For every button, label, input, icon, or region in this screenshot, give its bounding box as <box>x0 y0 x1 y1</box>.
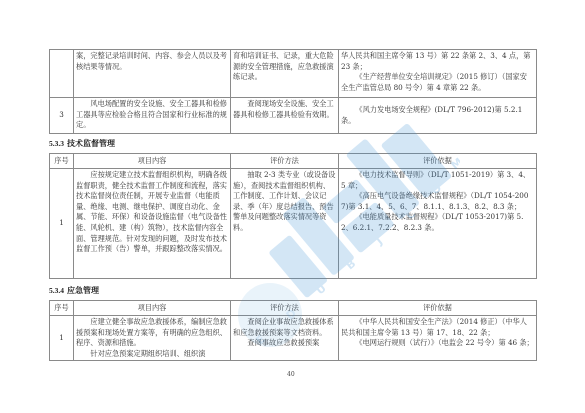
header-content: 项目内容 <box>74 301 231 316</box>
technical-supervision-table: 序号 项目内容 评价方法 评价依据 1 应按规定建立技术监督组织机构，明确各级监… <box>49 153 537 279</box>
row-number: 3 <box>50 98 74 134</box>
row-number <box>50 50 74 98</box>
table-continued: 案，完整记录培训时间、内容、参会人员以及考核结果等情况。 育和培训证书、记录，重… <box>49 49 537 134</box>
evaluation-basis: 《中华人民共和国安全生产法》（2014 修正）（中华人民共和国主席令第 13 号… <box>339 316 537 361</box>
table-row: 案，完整记录培训时间、内容、参会人员以及考核结果等情况。 育和培训证书、记录，重… <box>50 50 537 98</box>
evaluation-basis: 《电力技术监督导则》（DL/T 1051-2019）第 3、4、5 章； 《高压… <box>339 169 537 279</box>
table-row: 1 应按规定建立技术监督组织机构，明确各级监督职责，健全技术监督工作制度和流程，… <box>50 169 537 279</box>
header-number: 序号 <box>50 301 74 316</box>
header-basis: 评价依据 <box>339 301 537 316</box>
row-number: 1 <box>50 316 74 361</box>
item-content: 应按规定建立技术监督组织机构，明确各级监督职责，健全技术监督工作制度和流程，落实… <box>74 169 231 279</box>
evaluation-basis: 《风力发电场安全规程》(DL/T 796-2012)第 5.2.1 条。 <box>339 98 537 134</box>
item-content: 风电场配置的安全设施、安全工器具和检修工器具等应检验合格且符合国家和行业标准的规… <box>74 98 231 134</box>
item-content: 应建立健全事故应急救援体系，编制应急救援预案和现场处置方案等，有明确的应急组织、… <box>74 316 231 361</box>
evaluation-method: 育和培训证书、记录，重大危险源的安全管理措施，应急救援演练记录。 <box>231 50 339 98</box>
item-content: 案，完整记录培训时间、内容、参会人员以及考核结果等情况。 <box>74 50 231 98</box>
svg-text:U: U <box>314 282 329 298</box>
row-number: 1 <box>50 169 74 279</box>
evaluation-method: 抽取 2-3 类专业（或设备设施），查阅技术监督组织机构、工作制度、工作计划、会… <box>231 169 339 279</box>
table-header-row: 序号 项目内容 评价方法 评价依据 <box>50 301 537 316</box>
emergency-management-table: 序号 项目内容 评价方法 评价依据 1 应建立健全事故应急救援体系，编制应急救援… <box>49 300 537 361</box>
table-header-row: 序号 项目内容 评价方法 评价依据 <box>50 154 537 169</box>
evaluation-basis: 华人民共和国主席令第 13 号）第 22 条第 2、3、4 点，第 23 条； … <box>339 50 537 98</box>
table-row: 3 风电场配置的安全设施、安全工器具和检修工器具等应检验合格且符合国家和行业标准… <box>50 98 537 134</box>
page-number: 40 <box>287 371 295 378</box>
evaluation-method: 查阅现场安全设施、安全工器具和检修工器具检验有效期。 <box>231 98 339 134</box>
header-method: 评价方法 <box>231 301 339 316</box>
header-method: 评价方法 <box>231 154 339 169</box>
table-row: 1 应建立健全事故应急救援体系，编制应急救援预案和现场处置方案等，有明确的应急组… <box>50 316 537 361</box>
header-basis: 评价依据 <box>339 154 537 169</box>
section-heading-5-3-4: 5.3.4应急管理 <box>49 285 99 296</box>
header-content: 项目内容 <box>74 154 231 169</box>
section-heading-5-3-3: 5.3.3技术监督管理 <box>49 138 115 149</box>
evaluation-method: 查阅企业事故应急救援体系和应急救援预案等文档资料。 查阅事故应急救援预案 <box>231 316 339 361</box>
header-number: 序号 <box>50 154 74 169</box>
